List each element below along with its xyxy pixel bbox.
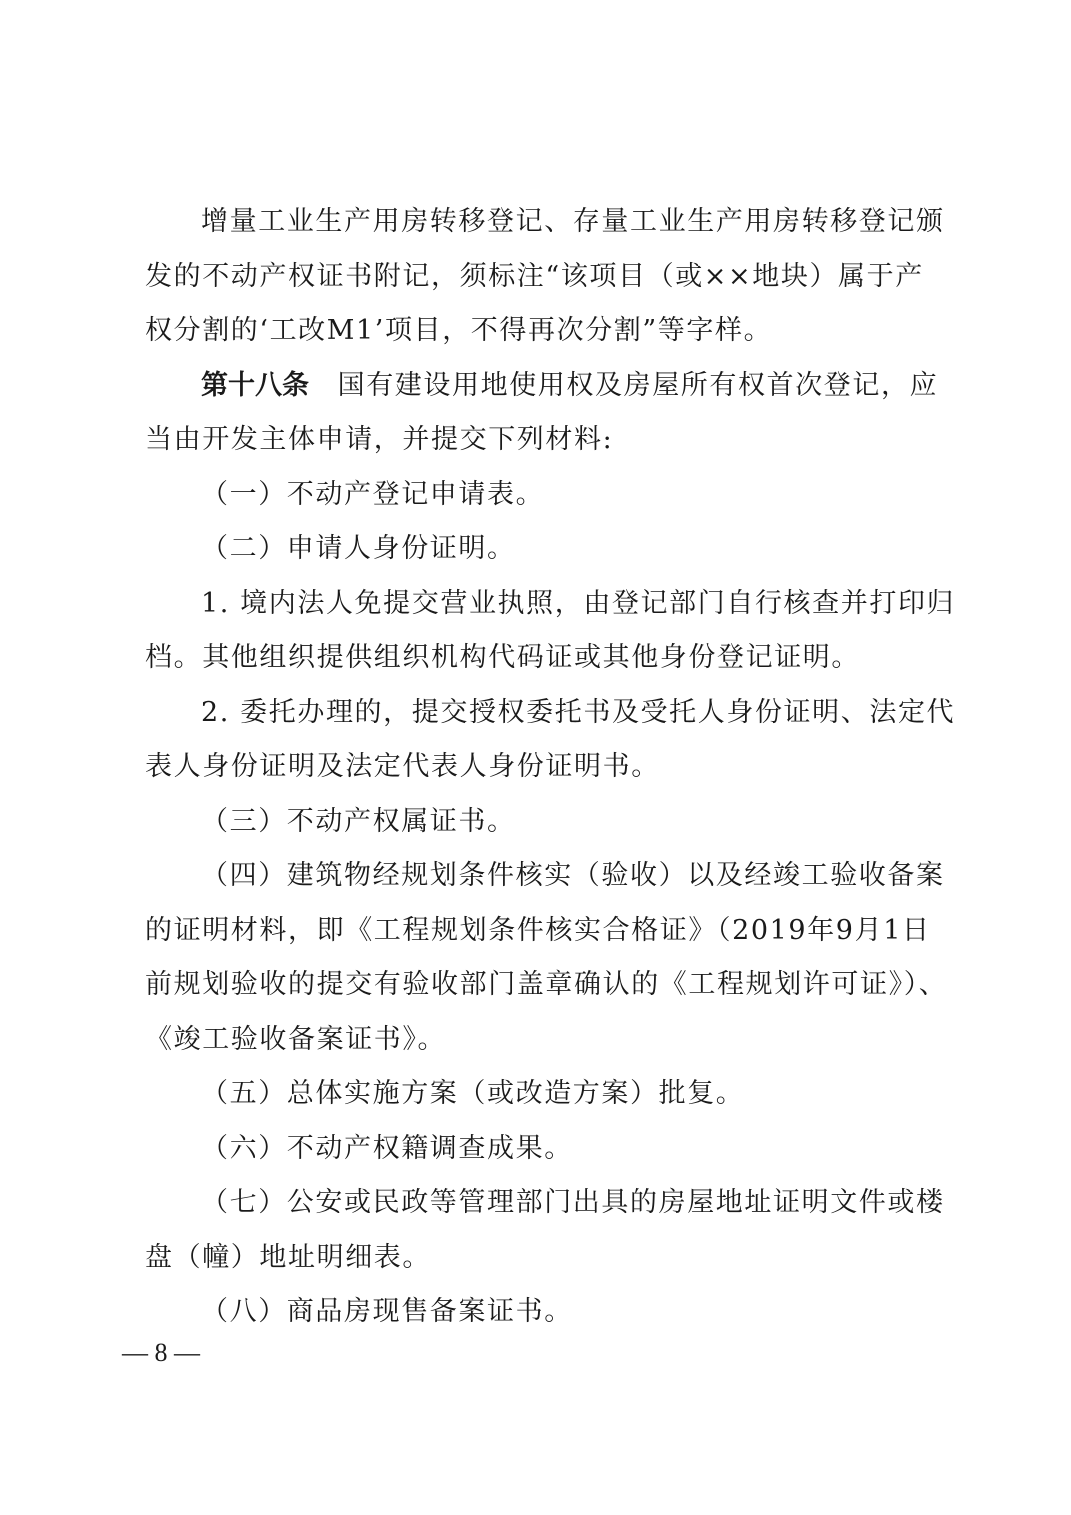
list-item: （六）不动产权籍调查成果。 [145,1122,940,1177]
sub-list-item: 1. 境内法人免提交营业执照，由登记部门自行核查并打印归 [145,577,940,632]
paragraph-line: 增量工业生产用房转移登记、存量工业生产用房转移登记颁 [145,195,940,250]
article-number: 第十八条 [201,370,309,401]
paragraph-line: 盘（幢）地址明细表。 [145,1231,940,1286]
paragraph-line: 当由开发主体申请，并提交下列材料: [145,413,940,468]
list-item: （八）商品房现售备案证书。 [145,1285,940,1340]
list-item: （三）不动产权属证书。 [145,795,940,850]
paragraph-line: 权分割的‘工改M1’项目，不得再次分割”等字样。 [145,304,940,359]
list-item: （五）总体实施方案（或改造方案）批复。 [145,1067,940,1122]
list-item: （二）申请人身份证明。 [145,522,940,577]
paragraph-line: 前规划验收的提交有验收部门盖章确认的《工程规划许可证》）、 [145,958,940,1013]
list-item: （一）不动产登记申请表。 [145,468,940,523]
paragraph-line: 档。其他组织提供组织机构代码证或其他身份登记证明。 [145,631,940,686]
list-item: （四）建筑物经规划条件核实（验收）以及经竣工验收备案 [145,849,940,904]
paragraph-text: 国有建设用地使用权及房屋所有权首次登记，应 [309,370,938,401]
paragraph-line: 的证明材料，即《工程规划条件核实合格证》（2019年9月1日 [145,904,940,959]
document-body: 增量工业生产用房转移登记、存量工业生产用房转移登记颁 发的不动产权证书附记，须标… [145,195,940,1340]
list-item: （七）公安或民政等管理部门出具的房屋地址证明文件或楼 [145,1176,940,1231]
paragraph-line: 表人身份证明及法定代表人身份证明书。 [145,740,940,795]
paragraph-line: 《竣工验收备案证书》。 [145,1013,940,1068]
sub-list-item: 2. 委托办理的，提交授权委托书及受托人身份证明、法定代 [145,686,940,741]
article-heading-line: 第十八条 国有建设用地使用权及房屋所有权首次登记，应 [145,359,940,414]
page-number: — 8 — [122,1335,200,1371]
paragraph-line: 发的不动产权证书附记，须标注“该项目（或××地块）属于产 [145,250,940,305]
